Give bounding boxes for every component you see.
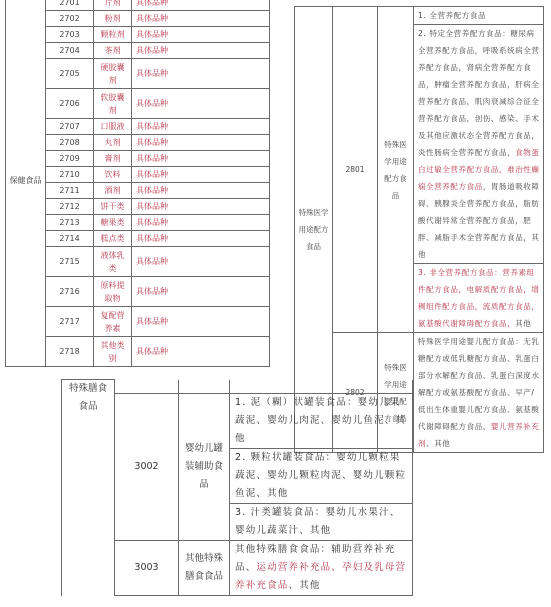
- text-segment: 3. 汁类罐装食品：婴幼儿水果汁、婴幼儿蔬菜汁、其他: [235, 507, 400, 536]
- table-spacer: 特殊膳食食品: [62, 380, 413, 394]
- code-cell: 2705: [46, 59, 94, 89]
- health-food-table: 保健食品2701片剂具体品种2702粉剂具体品种2703颗粒剂具体品种2704茶…: [5, 0, 270, 367]
- desc-cell: 具体品种: [132, 199, 270, 215]
- form-cell: 其他类别: [94, 337, 132, 367]
- form-cell: 液体乳类: [94, 247, 132, 277]
- form-cell: 颗粒剂: [94, 27, 132, 43]
- table-row: 2707口服液具体品种: [6, 119, 270, 135]
- description-cell: 3. 汁类罐装食品：婴幼儿水果汁、婴幼儿蔬菜汁、其他: [230, 504, 413, 541]
- text-segment: 1. 泥（糊）状罐装食品：婴幼儿果蔬泥、婴幼儿肉泥、婴幼儿鱼泥、其他: [235, 397, 406, 444]
- description-cell: 3. 非全营养配方食品：营养素组件配方食品，电解质配方食品，增稠组件配方食品，流…: [414, 264, 544, 333]
- form-cell: 丸剂: [94, 135, 132, 151]
- desc-cell: 具体品种: [132, 0, 270, 11]
- table-row: 2703颗粒剂具体品种: [6, 27, 270, 43]
- desc-cell: 具体品种: [132, 307, 270, 337]
- description-cell: 1. 泥（糊）状罐装食品：婴幼儿果蔬泥、婴幼儿肉泥、婴幼儿鱼泥、其他: [230, 394, 413, 449]
- desc-cell: 具体品种: [132, 183, 270, 199]
- desc-cell: 具体品种: [132, 247, 270, 277]
- form-cell: 饮料: [94, 167, 132, 183]
- code-cell: 2715: [46, 247, 94, 277]
- text-segment: 、其他: [289, 580, 321, 591]
- desc-cell: 具体品种: [132, 11, 270, 27]
- form-cell: 硬胶囊剂: [94, 59, 132, 89]
- special-dietary-table: 特殊膳食食品3002婴幼儿罐装辅助食品1. 泥（糊）状罐装食品：婴幼儿果蔬泥、婴…: [61, 379, 413, 596]
- table-row: 保健食品2701片剂具体品种: [6, 0, 270, 11]
- text-segment: 1. 全营养配方食品: [418, 11, 486, 20]
- form-cell: 粉剂: [94, 11, 132, 27]
- form-cell: 茶剂: [94, 43, 132, 59]
- name-cell: 其他特殊膳食食品: [179, 541, 230, 596]
- form-cell: 复配营养素: [94, 307, 132, 337]
- code-cell: 2703: [46, 27, 94, 43]
- table-row: 特殊医学用途配方食品2801特殊医学用途配方食品1. 全营养配方食品: [295, 7, 544, 25]
- description-cell: 1. 全营养配方食品: [414, 7, 544, 25]
- desc-cell: 具体品种: [132, 151, 270, 167]
- table-row: 2713糖果类具体品种: [6, 215, 270, 231]
- desc-cell: 具体品种: [132, 89, 270, 119]
- name-cell: 特殊医学用途配方食品: [378, 7, 414, 333]
- form-cell: 糕点类: [94, 231, 132, 247]
- table-row: 2709膏剂具体品种: [6, 151, 270, 167]
- code-cell: 2708: [46, 135, 94, 151]
- table-row: 2705硬胶囊剂具体品种: [6, 59, 270, 89]
- description-cell: 其他特殊膳食食品：辅助营养补充品、运动营养补充品、孕妇及乳母营养补充食品、其他: [230, 541, 413, 596]
- code-cell: 2701: [46, 0, 94, 11]
- desc-cell: 具体品种: [132, 231, 270, 247]
- description-cell: 特殊医学用途婴儿配方食品：无乳糖配方或低乳糖配方食品、乳蛋白部分水解配方食品、乳…: [414, 333, 544, 453]
- desc-cell: 具体品种: [132, 59, 270, 89]
- code-cell: 3003: [115, 541, 179, 596]
- table-row: 2702粉剂具体品种: [6, 11, 270, 27]
- form-cell: 酒剂: [94, 183, 132, 199]
- table-row: 2717复配营养素具体品种: [6, 307, 270, 337]
- form-cell: 软胶囊剂: [94, 89, 132, 119]
- description-cell: 2. 特定全营养配方食品：糖尿病全营养配方食品，呼吸系统病全营养配方食品，肾病全…: [414, 25, 544, 264]
- table-row: 2711酒剂具体品种: [6, 183, 270, 199]
- code-cell: 2704: [46, 43, 94, 59]
- form-cell: 原料提取物: [94, 277, 132, 307]
- code-cell: 2711: [46, 183, 94, 199]
- text-segment: ，胃肠道吸收障碍、胰腺炎全营养配方食品，脂肪酸代谢异常全营养配方食品，肥胖、减脂…: [418, 182, 540, 259]
- code-cell: 2712: [46, 199, 94, 215]
- desc-cell: 具体品种: [132, 215, 270, 231]
- form-cell: 饼干类: [94, 199, 132, 215]
- text-segment: 、其他: [426, 439, 450, 448]
- code-cell: 2707: [46, 119, 94, 135]
- table-row: 2715液体乳类具体品种: [6, 247, 270, 277]
- category-cell: 特殊膳食食品: [62, 380, 115, 596]
- desc-cell: 具体品种: [132, 135, 270, 151]
- desc-cell: 具体品种: [132, 167, 270, 183]
- desc-cell: 具体品种: [132, 277, 270, 307]
- code-cell: 2702: [46, 11, 94, 27]
- text-segment: 2. 特定全营养配方食品：糖尿病全营养配方食品，呼吸系统病全营养配方食品，肾病全…: [418, 29, 540, 157]
- empty-cell: [179, 380, 230, 394]
- code-cell: 2718: [46, 337, 94, 367]
- code-cell: 2710: [46, 167, 94, 183]
- code-cell: 2706: [46, 89, 94, 119]
- table-row: 3003其他特殊膳食食品其他特殊膳食食品：辅助营养补充品、运动营养补充品、孕妇及…: [62, 541, 413, 596]
- table-row: 2716原料提取物具体品种: [6, 277, 270, 307]
- category-cell: 保健食品: [6, 0, 46, 367]
- table-row: 2704茶剂具体品种: [6, 43, 270, 59]
- text-segment: 2. 颗粒状罐装食品：婴幼儿颗粒果蔬泥、婴幼儿颗粒肉泥、婴幼儿颗粒鱼泥、其他: [235, 452, 406, 499]
- table-row: 2718其他类别具体品种: [6, 337, 270, 367]
- code-cell: 2713: [46, 215, 94, 231]
- code-cell: 2716: [46, 277, 94, 307]
- table-row: 2712饼干类具体品种: [6, 199, 270, 215]
- empty-cell: [115, 380, 179, 394]
- text-segment: 特殊医学用途婴儿配方食品：无乳糖配方或低乳糖配方食品、乳蛋白部分水解配方食品、乳…: [418, 337, 540, 431]
- table-row: 2708丸剂具体品种: [6, 135, 270, 151]
- table-row: 2714糕点类具体品种: [6, 231, 270, 247]
- desc-cell: 具体品种: [132, 119, 270, 135]
- code-cell: 2714: [46, 231, 94, 247]
- empty-cell: [230, 380, 413, 394]
- form-cell: 口服液: [94, 119, 132, 135]
- table-row: 3002婴幼儿罐装辅助食品1. 泥（糊）状罐装食品：婴幼儿果蔬泥、婴幼儿肉泥、婴…: [62, 394, 413, 449]
- code-cell: 2801: [333, 7, 378, 333]
- form-cell: 片剂: [94, 0, 132, 11]
- table-row: 2706软胶囊剂具体品种: [6, 89, 270, 119]
- code-cell: 2717: [46, 307, 94, 337]
- desc-cell: 具体品种: [132, 27, 270, 43]
- text-segment: 其他: [515, 319, 531, 328]
- form-cell: 糖果类: [94, 215, 132, 231]
- description-cell: 2. 颗粒状罐装食品：婴幼儿颗粒果蔬泥、婴幼儿颗粒肉泥、婴幼儿颗粒鱼泥、其他: [230, 449, 413, 504]
- name-cell: 婴幼儿罐装辅助食品: [179, 394, 230, 541]
- code-cell: 2709: [46, 151, 94, 167]
- desc-cell: 具体品种: [132, 337, 270, 367]
- table-row: 2710饮料具体品种: [6, 167, 270, 183]
- code-cell: 3002: [115, 394, 179, 541]
- desc-cell: 具体品种: [132, 43, 270, 59]
- form-cell: 膏剂: [94, 151, 132, 167]
